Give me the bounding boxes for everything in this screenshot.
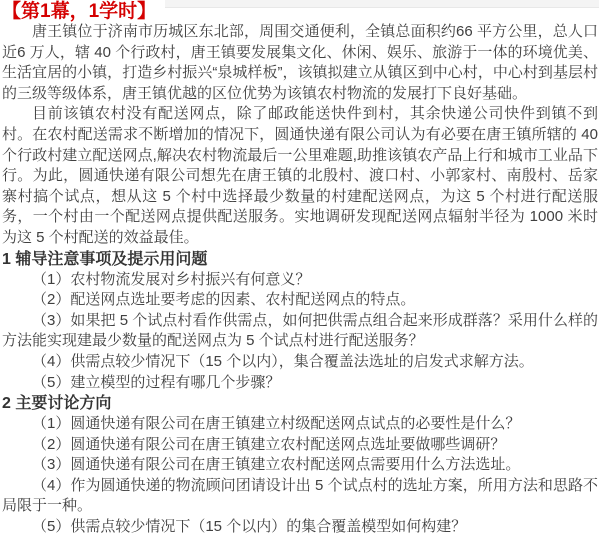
section-1-item-5: （5）建立模型的过程有哪几个步骤？ bbox=[2, 373, 598, 394]
lesson-document: 【第1幕，1学时】 唐王镇位于济南市历城区东北部，周围交通便利，全镇总面积约66… bbox=[0, 0, 599, 538]
section-2-title: 2 主要讨论方向 bbox=[2, 393, 598, 414]
window-edge-artifact bbox=[165, 0, 599, 8]
section-1-item-1: （1）农村物流发展对乡村振兴有何意义？ bbox=[2, 270, 598, 291]
section-1-item-3: （3）如果把 5 个试点村看作供需点，如何把供需点组合起来形成群落？采用什么样的… bbox=[2, 311, 598, 352]
section-1-item-2: （2）配送网点选址要考虑的因素、农村配送网点的特点。 bbox=[2, 290, 598, 311]
section-2-item-4: （4）作为圆通快递的物流顾问团请设计出 5 个试点村的选址方案，所用方法和思路不… bbox=[2, 476, 598, 517]
section-2-item-3: （3）圆通快递有限公司在唐王镇建立农村配送网点需要用什么方法选址。 bbox=[2, 455, 598, 476]
section-1-item-4: （4）供需点较少情况下（15 个以内），集合覆盖法选址的启发式求解方法。 bbox=[2, 352, 598, 373]
intro-paragraph-2: 目前该镇农村没有配送网点，除了邮政能送快件到村，其余快递公司快件到镇不到村。在农… bbox=[2, 104, 598, 248]
section-2-item-1: （1）圆通快递有限公司在唐王镇建立村级配送网点试点的必要性是什么？ bbox=[2, 414, 598, 435]
section-2-item-5: （5）供需点较少情况下（15 个以内）的集合覆盖模型如何构建？ bbox=[2, 517, 598, 538]
intro-paragraph-1: 唐王镇位于济南市历城区东北部，周围交通便利，全镇总面积约66 平方公里，总人口近… bbox=[2, 22, 598, 104]
section-1-title: 1 辅导注意事项及提示用问题 bbox=[2, 249, 598, 270]
section-2-item-2: （2）圆通快递有限公司在唐王镇建立农村配送网点选址要做哪些调研？ bbox=[2, 435, 598, 456]
